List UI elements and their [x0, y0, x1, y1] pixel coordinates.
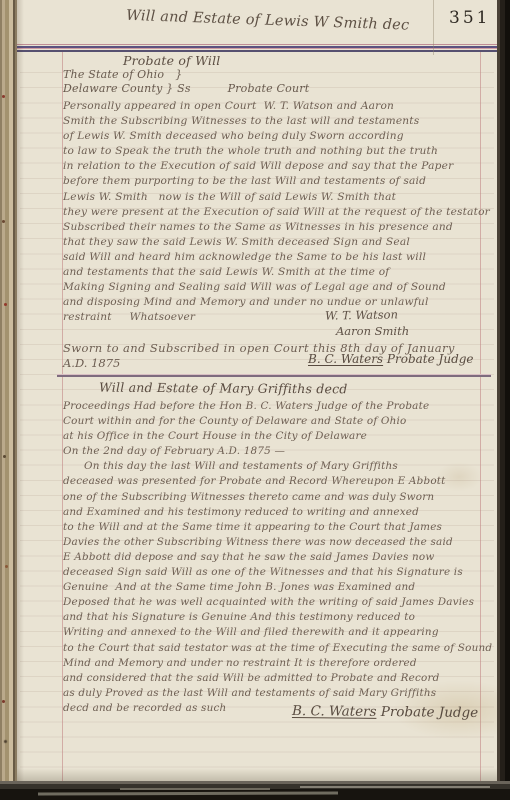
manuscript-line: one of the Subscribing Witnesses thereto…: [63, 490, 493, 505]
manuscript-line: On this day the last Will and testaments…: [63, 459, 493, 474]
section-lewis-smith: Probate of Will The State of Ohio } Dela…: [63, 53, 493, 325]
manuscript-line: of Lewis W. Smith deceased who being dul…: [63, 129, 493, 144]
judge-signature: B. C. Waters Probate Judge: [308, 352, 474, 366]
manuscript-line: On the 2nd day of February A.D. 1875 —: [63, 444, 493, 459]
book-edge-bottom: [0, 781, 510, 800]
manuscript-line: Lewis W. Smith now is the Will of said L…: [63, 190, 493, 205]
manuscript-line: to the Will and at the Same time it appe…: [63, 520, 493, 535]
manuscript-line: before them purporting to be the last Wi…: [63, 174, 493, 189]
manuscript-line: and considered that the said Will be adm…: [63, 671, 493, 686]
caption-state: The State of Ohio }: [63, 68, 493, 82]
manuscript-line: Subscribed their names to the Same as Wi…: [63, 220, 493, 235]
section-mary-griffiths: Will and Estate of Mary Griffiths decd P…: [63, 381, 493, 716]
manuscript-line: Mind and Memory and under no restraint I…: [63, 656, 493, 671]
section-heading: Probate of Will: [123, 53, 493, 68]
manuscript-line: Smith the Subscribing Witnesses to the l…: [63, 114, 493, 129]
book-edge-left: [0, 0, 17, 786]
page-edge-streak: [300, 786, 490, 788]
manuscript-line: at his Office in the Court House in the …: [63, 429, 493, 444]
page-gutter-shadow: [17, 0, 24, 786]
manuscript-line: Genuine And at the Same time John B. Jon…: [63, 580, 493, 595]
manuscript-line: they were present at the Execution of sa…: [63, 205, 493, 220]
record-book-photo: 351 Will and Estate of Lewis W Smith dec…: [0, 0, 510, 800]
judge-name: B. C. Waters: [292, 703, 377, 720]
manuscript-line: to law to Speak the truth the whole trut…: [63, 144, 493, 159]
manuscript-line: to the Court that said testator was at t…: [63, 641, 493, 656]
manuscript-line: and testaments that the said Lewis W. Sm…: [63, 265, 493, 280]
witness-signature: Aaron Smith: [336, 324, 409, 338]
manuscript-line: and disposing Mind and Memory and under …: [63, 295, 493, 310]
judge-title: Probate Judge: [387, 352, 474, 366]
manuscript-body: Personally appeared in open Court W. T. …: [63, 99, 493, 325]
page-edge-streak: [120, 788, 270, 790]
edge-specks: [2, 95, 5, 98]
witness-signature: W. T. Watson: [325, 307, 398, 322]
manuscript-line: Personally appeared in open Court W. T. …: [63, 99, 493, 114]
attestation-date: A.D. 1875: [63, 356, 120, 370]
book-edge-right: [497, 0, 510, 800]
manuscript-line: Writing and annexed to the Will and file…: [63, 625, 493, 640]
section-divider-line: [57, 374, 491, 377]
judge-name: B. C. Waters: [308, 352, 383, 366]
manuscript-line: and that his Signature is Genuine And th…: [63, 610, 493, 625]
page-bottom-shadow: [17, 768, 497, 781]
manuscript-line: that they saw the said Lewis W. Smith de…: [63, 235, 493, 250]
manuscript-line: Making Signing and Sealing said Will was…: [63, 280, 493, 295]
page-title: Will and Estate of Lewis W Smith dec: [126, 8, 426, 34]
page-number: 351: [449, 8, 490, 28]
manuscript-line: Proceedings Had before the Hon B. C. Wat…: [63, 399, 493, 414]
judge-title: Probate Judge: [381, 704, 479, 721]
manuscript-line: and Examined and his testimony reduced t…: [63, 505, 493, 520]
manuscript-line: Court within and for the County of Delaw…: [63, 414, 493, 429]
manuscript-line: Davies the other Subscribing Witness the…: [63, 535, 493, 550]
manuscript-line: in relation to the Execution of said Wil…: [63, 159, 493, 174]
manuscript-line: restraint Whatsoever: [63, 310, 493, 325]
manuscript-body: Proceedings Had before the Hon B. C. Wat…: [63, 399, 493, 716]
manuscript-line: E Abbott did depose and say that he saw …: [63, 550, 493, 565]
manuscript-line: said Will and heard him acknowledge the …: [63, 250, 493, 265]
judge-signature: B. C. Waters Probate Judge: [292, 703, 478, 721]
caption-county-court: Delaware County } Ss Probate Court: [63, 82, 493, 96]
section-heading: Will and Estate of Mary Griffiths decd: [99, 380, 493, 399]
manuscript-line: deceased Sign said Will as one of the Wi…: [63, 565, 493, 580]
manuscript-line: Deposed that he was well acquainted with…: [63, 595, 493, 610]
manuscript-line: as duly Proved as the last Will and test…: [63, 686, 493, 701]
page-crease: [433, 0, 434, 55]
manuscript-line: deceased was presented for Probate and R…: [63, 474, 493, 489]
